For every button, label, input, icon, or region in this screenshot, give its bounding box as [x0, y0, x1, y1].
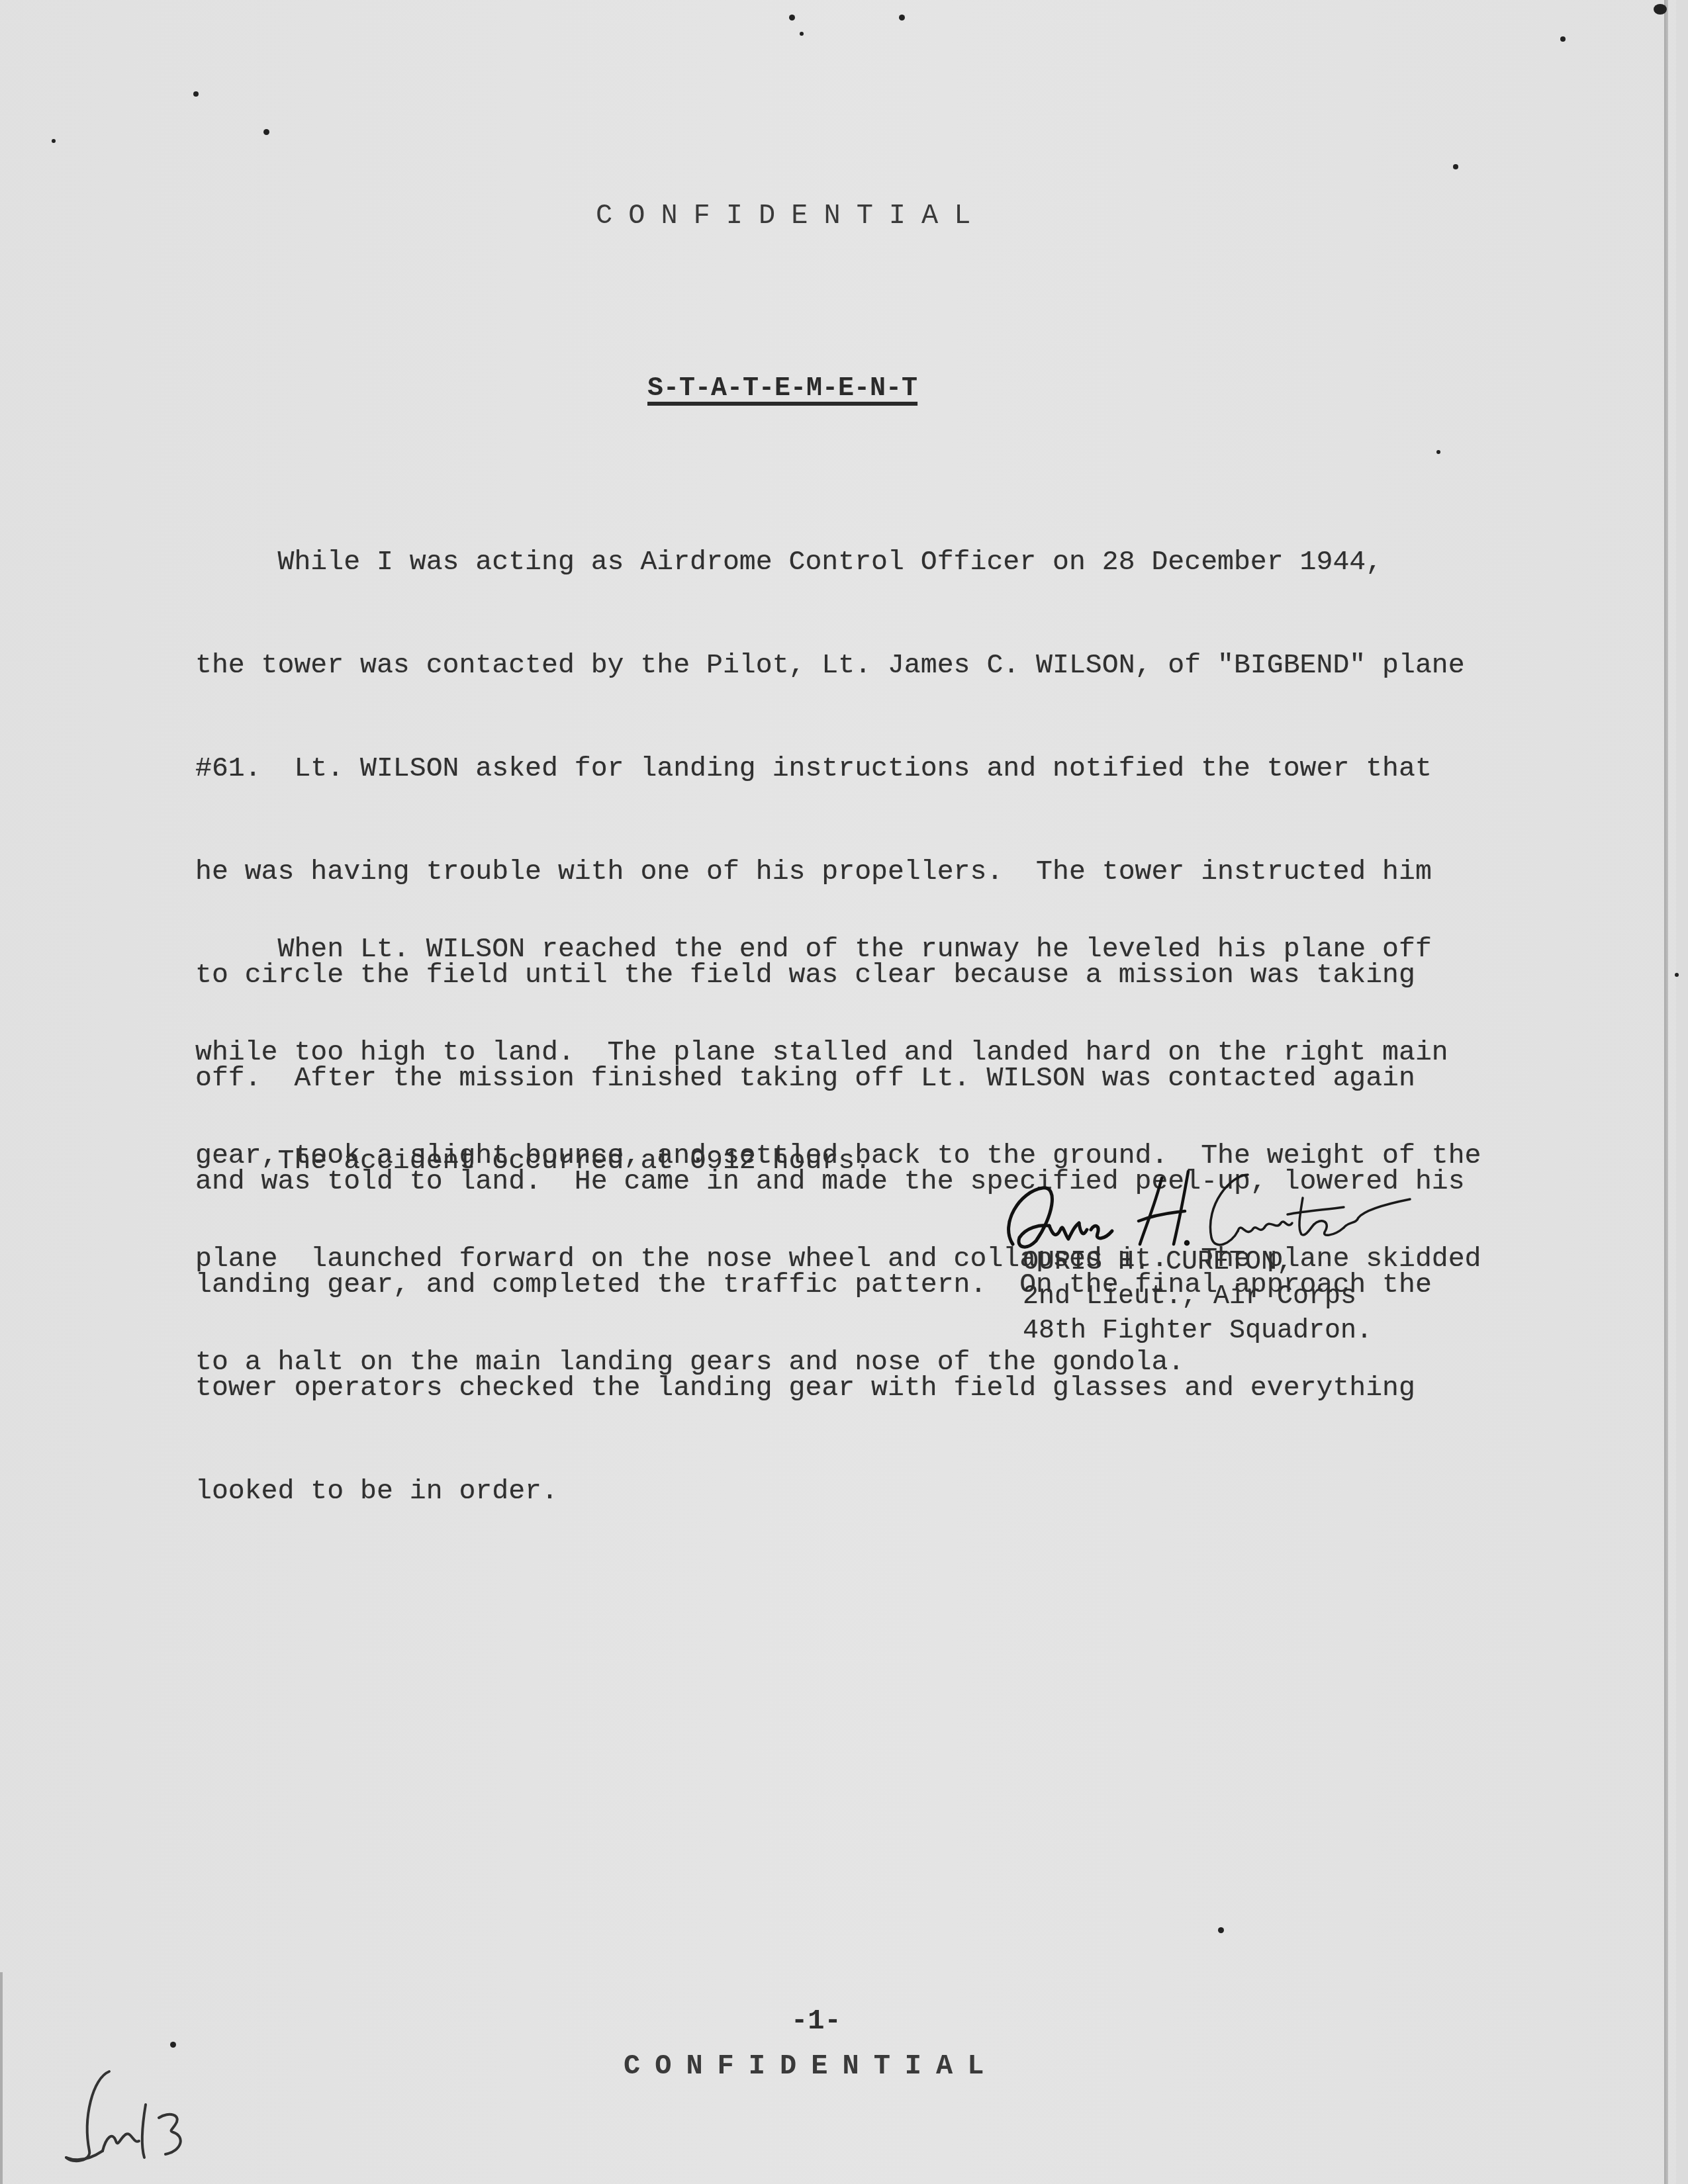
text-line: while too high to land. The plane stalle… [195, 1036, 1579, 1070]
ink-speck [1453, 164, 1458, 169]
ink-speck [1218, 1927, 1224, 1933]
signer-unit: 48th Fighter Squadron. [1023, 1314, 1372, 1349]
ink-speck [52, 139, 56, 143]
page-number: -1- [791, 2005, 841, 2037]
page-left-edge [0, 1972, 3, 2184]
document-page: CONFIDENTIAL S-T-A-T-E-M-E-N-T While I w… [0, 0, 1676, 2184]
ink-speck [789, 15, 795, 21]
handwritten-signature [986, 1152, 1463, 1257]
ink-speck [899, 15, 905, 21]
handwritten-inclosure-note [53, 2058, 291, 2171]
text-line: When Lt. WILSON reached the end of the r… [195, 933, 1579, 967]
signer-rank: 2nd Lieut., Air Corps [1023, 1280, 1372, 1314]
ink-speck [1654, 4, 1667, 15]
classification-footer: CONFIDENTIAL [624, 2050, 998, 2082]
signer-name: OURIS H. CURETON, [1023, 1246, 1372, 1280]
ink-speck [170, 2042, 176, 2048]
ink-speck [1436, 450, 1440, 454]
text-line: While I was acting as Airdrome Control O… [195, 545, 1579, 580]
ink-speck [193, 91, 199, 97]
ink-speck [263, 129, 269, 135]
ink-speck [1675, 973, 1679, 977]
signature-block: OURIS H. CURETON,2nd Lieut., Air Corps48… [1023, 1246, 1372, 1349]
text-line: to a halt on the main landing gears and … [195, 1345, 1579, 1380]
page-right-edge [1664, 0, 1668, 2184]
ink-speck [1560, 36, 1566, 42]
text-line: #61. Lt. WILSON asked for landing instru… [195, 752, 1579, 786]
classification-header: CONFIDENTIAL [596, 200, 986, 232]
document-title: S-T-A-T-E-M-E-N-T [647, 374, 917, 404]
ink-speck [800, 32, 804, 36]
text-line: the tower was contacted by the Pilot, Lt… [195, 649, 1579, 683]
text-line: looked to be in order. [195, 1475, 1579, 1509]
